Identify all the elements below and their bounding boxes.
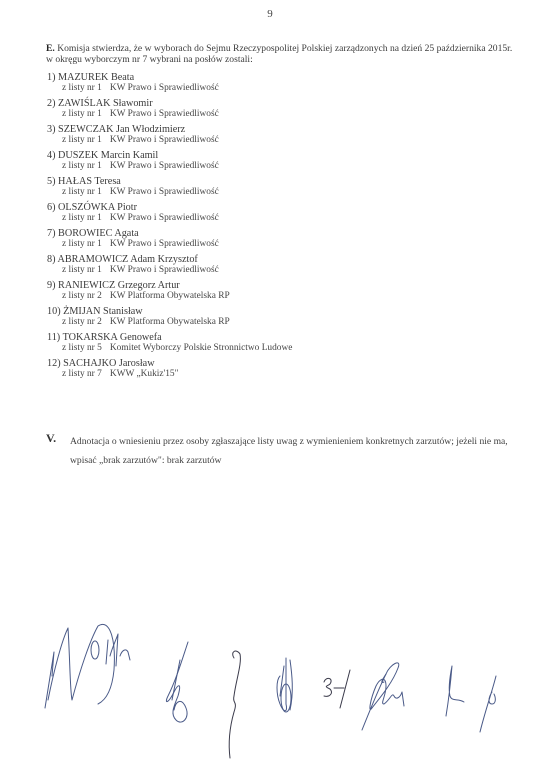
elected-name: 5) HAŁAS Teresa: [47, 176, 121, 187]
list-info: z listy nr 1KW Prawo i Sprawiedliwość: [62, 187, 219, 198]
list-number: z listy nr 1: [62, 265, 102, 275]
committee-name: KW Prawo i Sprawiedliwość: [110, 109, 219, 119]
person-name: ŻMIJAN Stanisław: [63, 306, 143, 317]
person-name: BOROWIEC Agata: [58, 228, 139, 239]
item-number: 12): [47, 358, 61, 369]
list-number: z listy nr 1: [62, 239, 102, 249]
list-item: 2) ZAWIŚLAK Sławomirz listy nr 1KW Prawo…: [47, 98, 447, 124]
item-number: 3): [47, 124, 56, 135]
committee-name: KW Prawo i Sprawiedliwość: [110, 213, 219, 223]
elected-name: 10) ŻMIJAN Stanisław: [47, 306, 143, 317]
list-number: z listy nr 5: [62, 343, 102, 353]
committee-name: KW Prawo i Sprawiedliwość: [110, 265, 219, 275]
person-name: TOKARSKA Genowefa: [63, 332, 162, 343]
list-item: 7) BOROWIEC Agataz listy nr 1KW Prawo i …: [47, 228, 447, 254]
person-name: OLSZÓWKA Piotr: [58, 202, 137, 213]
signature-8: [480, 676, 496, 732]
section-v-line2: wpisać „brak zarzutów": brak zarzutów: [70, 451, 520, 470]
committee-name: KWW „Kukiz'15": [110, 369, 179, 379]
list-item: 9) RANIEWICZ Grzegorz Arturz listy nr 2K…: [47, 280, 447, 306]
person-name: SZEWCZAK Jan Włodzimierz: [58, 124, 185, 135]
elected-name: 2) ZAWIŚLAK Sławomir: [47, 98, 153, 109]
person-name: RANIEWICZ Grzegorz Artur: [58, 280, 180, 291]
list-item: 10) ŻMIJAN Stanisławz listy nr 2KW Platf…: [47, 306, 447, 332]
list-item: 4) DUSZEK Marcin Kamilz listy nr 1KW Pra…: [47, 150, 447, 176]
elected-name: 1) MAZUREK Beata: [47, 72, 134, 83]
committee-name: KW Platforma Obywatelska RP: [110, 291, 230, 301]
elected-name: 7) BOROWIEC Agata: [47, 228, 139, 239]
committee-name: KW Platforma Obywatelska RP: [110, 317, 230, 327]
list-item: 3) SZEWCZAK Jan Włodzimierzz listy nr 1K…: [47, 124, 447, 150]
item-number: 4): [47, 150, 56, 161]
signature-7: [446, 666, 464, 716]
elected-list: 1) MAZUREK Beataz listy nr 1KW Prawo i S…: [47, 72, 447, 384]
section-v-text: Adnotacja o wniesieniu przez osoby zgłas…: [70, 432, 520, 470]
committee-name: KW Prawo i Sprawiedliwość: [110, 239, 219, 249]
person-name: HAŁAS Teresa: [58, 176, 121, 187]
signature-2: [166, 642, 188, 722]
item-number: 8): [47, 254, 56, 265]
committee-name: KW Prawo i Sprawiedliwość: [110, 187, 219, 197]
section-e-line1: E. Komisja stwierdza, że w wyborach do S…: [46, 43, 526, 54]
list-info: z listy nr 1KW Prawo i Sprawiedliwość: [62, 213, 219, 224]
list-number: z listy nr 1: [62, 161, 102, 171]
elected-name: 12) SACHAJKO Jarosław: [47, 358, 155, 369]
signatures-area: [40, 600, 530, 766]
list-item: 8) ABRAMOWICZ Adam Krzysztofz listy nr 1…: [47, 254, 447, 280]
person-name: SACHAJKO Jarosław: [63, 358, 154, 369]
item-number: 7): [47, 228, 56, 239]
signature-5: [324, 670, 350, 708]
list-number: z listy nr 1: [62, 213, 102, 223]
committee-name: KW Prawo i Sprawiedliwość: [110, 135, 219, 145]
list-info: z listy nr 1KW Prawo i Sprawiedliwość: [62, 265, 219, 276]
list-info: z listy nr 1KW Prawo i Sprawiedliwość: [62, 161, 219, 172]
item-number: 2): [47, 98, 56, 109]
item-number: 11): [47, 332, 60, 343]
signature-3: [229, 651, 240, 758]
signature-4: [277, 658, 292, 712]
list-number: z listy nr 2: [62, 291, 102, 301]
item-number: 9): [47, 280, 56, 291]
list-number: z listy nr 7: [62, 369, 102, 379]
person-name: ABRAMOWICZ Adam Krzysztof: [57, 254, 197, 265]
list-item: 5) HAŁAS Teresaz listy nr 1KW Prawo i Sp…: [47, 176, 447, 202]
item-number: 5): [47, 176, 56, 187]
section-v-label: V.: [46, 431, 56, 446]
list-info: z listy nr 2KW Platforma Obywatelska RP: [62, 291, 230, 302]
list-info: z listy nr 7KWW „Kukiz'15": [62, 369, 178, 380]
person-name: MAZUREK Beata: [58, 72, 134, 83]
committee-name: KW Prawo i Sprawiedliwość: [110, 161, 219, 171]
item-number: 10): [47, 306, 61, 317]
item-number: 6): [47, 202, 56, 213]
elected-name: 8) ABRAMOWICZ Adam Krzysztof: [47, 254, 198, 265]
list-info: z listy nr 2KW Platforma Obywatelska RP: [62, 317, 230, 328]
list-item: 1) MAZUREK Beataz listy nr 1KW Prawo i S…: [47, 72, 447, 98]
elected-name: 4) DUSZEK Marcin Kamil: [47, 150, 158, 161]
section-e-intro: E. Komisja stwierdza, że w wyborach do S…: [46, 43, 526, 65]
list-info: z listy nr 1KW Prawo i Sprawiedliwość: [62, 83, 219, 94]
elected-name: 6) OLSZÓWKA Piotr: [47, 202, 137, 213]
item-number: 1): [47, 72, 56, 83]
elected-name: 9) RANIEWICZ Grzegorz Artur: [47, 280, 180, 291]
committee-name: Komitet Wyborczy Polskie Stronnictwo Lud…: [110, 343, 293, 353]
elected-name: 3) SZEWCZAK Jan Włodzimierz: [47, 124, 185, 135]
list-number: z listy nr 2: [62, 317, 102, 327]
list-info: z listy nr 1KW Prawo i Sprawiedliwość: [62, 239, 219, 250]
signatures-svg: [40, 600, 530, 766]
list-info: z listy nr 5Komitet Wyborczy Polskie Str…: [62, 343, 292, 354]
list-item: 11) TOKARSKA Genowefaz listy nr 5Komitet…: [47, 332, 447, 358]
list-number: z listy nr 1: [62, 187, 102, 197]
list-info: z listy nr 1KW Prawo i Sprawiedliwość: [62, 135, 219, 146]
committee-name: KW Prawo i Sprawiedliwość: [110, 83, 219, 93]
person-name: ZAWIŚLAK Sławomir: [58, 98, 153, 109]
section-v-line1: Adnotacja o wniesieniu przez osoby zgłas…: [70, 432, 520, 451]
section-e-label: E.: [46, 43, 55, 54]
elected-name: 11) TOKARSKA Genowefa: [47, 332, 162, 343]
signature-6: [362, 663, 404, 730]
list-item: 12) SACHAJKO Jarosławz listy nr 7KWW „Ku…: [47, 358, 447, 384]
list-number: z listy nr 1: [62, 135, 102, 145]
list-number: z listy nr 1: [62, 83, 102, 93]
section-e-text-1: Komisja stwierdza, że w wyborach do Sejm…: [55, 43, 512, 54]
list-item: 6) OLSZÓWKA Piotrz listy nr 1KW Prawo i …: [47, 202, 447, 228]
person-name: DUSZEK Marcin Kamil: [58, 150, 158, 161]
list-number: z listy nr 1: [62, 109, 102, 119]
page-number: 9: [0, 8, 540, 20]
signature-1: [45, 624, 130, 708]
section-e-line2: w okręgu wyborczym nr 7 wybrani na posłó…: [46, 54, 526, 65]
list-info: z listy nr 1KW Prawo i Sprawiedliwość: [62, 109, 219, 120]
